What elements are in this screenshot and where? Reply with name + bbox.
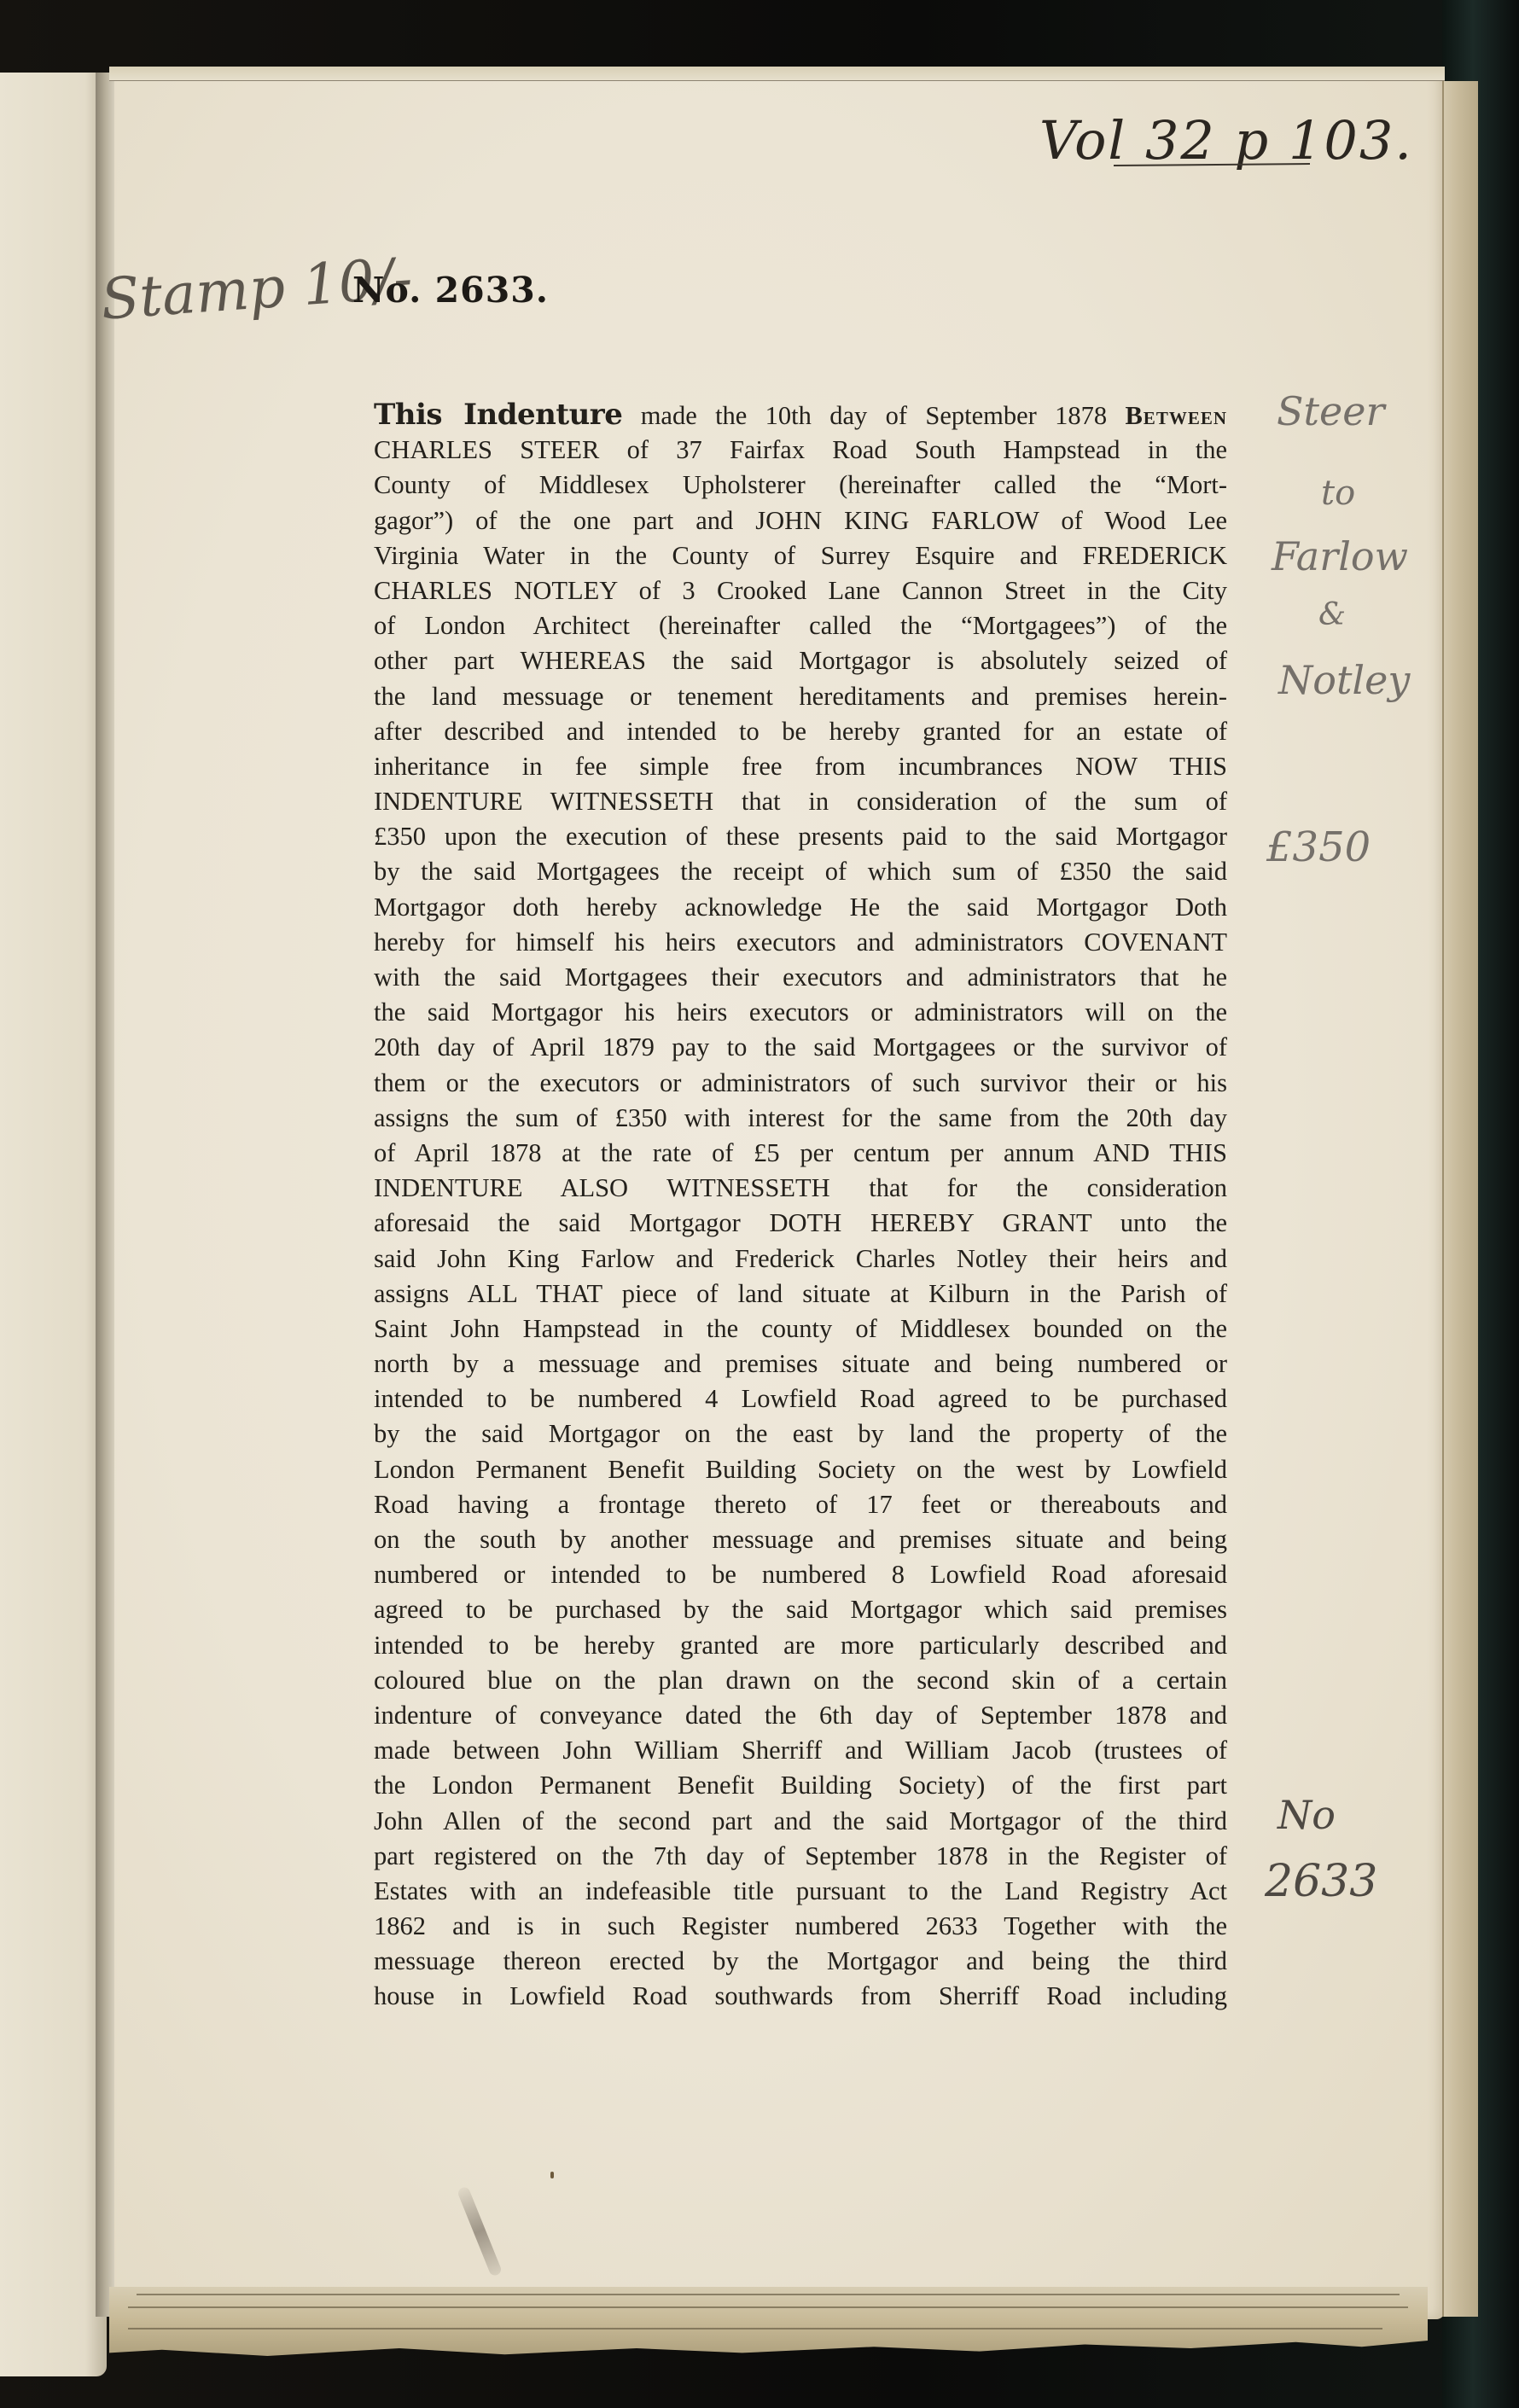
text-line: INDENTURE WITNESSETH that in considerati… (374, 784, 1227, 819)
page-edge-line (137, 2294, 1400, 2295)
ink-spot (550, 2172, 554, 2178)
text-line: Virginia Water in the County of Surrey E… (374, 538, 1227, 573)
text-line: them or the executors or administrators … (374, 1066, 1227, 1101)
text-line: £350 upon the execution of these present… (374, 819, 1227, 854)
text-line: with the said Mortgagees their executors… (374, 960, 1227, 995)
text-line: 1862 and is in such Register numbered 26… (374, 1909, 1227, 1944)
opening-blackletter: This Indenture (374, 398, 622, 432)
text-line: by the said Mortgagees the receipt of wh… (374, 854, 1227, 889)
text-line: London Permanent Benefit Building Societ… (374, 1452, 1227, 1487)
text-line: Estates with an indefeasible title pursu… (374, 1874, 1227, 1909)
text-line: assigns the sum of £350 with interest fo… (374, 1101, 1227, 1136)
page-gutter (96, 73, 114, 2317)
margin-note-mortgagee-1: Farlow (1272, 533, 1408, 579)
text-line: County of Middlesex Upholsterer (hereina… (374, 468, 1227, 503)
text-line: on the south by another messuage and pre… (374, 1522, 1227, 1557)
text-line: of London Architect (hereinafter called … (374, 608, 1227, 643)
page-top-edge (109, 67, 1445, 81)
margin-note-register-number: 2633 (1265, 1856, 1377, 1907)
text-line: John Allen of the second part and the sa… (374, 1804, 1227, 1839)
text-line: agreed to be purchased by the said Mortg… (374, 1592, 1227, 1627)
text-line: Road having a frontage thereto of 17 fee… (374, 1487, 1227, 1522)
text-line: indenture of conveyance dated the 6th da… (374, 1698, 1227, 1733)
indenture-body: This Indenture made the 10th day of Sept… (374, 398, 1227, 2015)
text-line: Saint John Hampstead in the county of Mi… (374, 1312, 1227, 1347)
text-line: other part WHEREAS the said Mortgagor is… (374, 643, 1227, 678)
margin-note-mortgagor: Steer (1277, 388, 1384, 434)
text-line: north by a messuage and premises situate… (374, 1347, 1227, 1381)
page-edge-line (128, 2328, 1382, 2329)
text-line: by the said Mortgagor on the east by lan… (374, 1416, 1227, 1451)
opening-text: made the 10th day of September 1878 (641, 401, 1107, 430)
text-line: coloured blue on the plan drawn on the s… (374, 1663, 1227, 1698)
text-line: made between John William Sherriff and W… (374, 1733, 1227, 1768)
margin-note-no-label: No (1277, 1792, 1336, 1838)
text-line: said John King Farlow and Frederick Char… (374, 1242, 1227, 1277)
text-line: 20th day of April 1879 pay to the said M… (374, 1030, 1227, 1065)
text-line: part registered on the 7th day of Septem… (374, 1839, 1227, 1874)
text-line: intended to be hereby granted are more p… (374, 1628, 1227, 1663)
text-line: messuage thereon erected by the Mortgago… (374, 1944, 1227, 1979)
text-line: the said Mortgagor his heirs executors o… (374, 995, 1227, 1030)
text-line: gagor”) of the one part and JOHN KING FA… (374, 503, 1227, 538)
margin-note-amount: £350 (1266, 823, 1371, 871)
page-edge-line (128, 2306, 1408, 2308)
text-line: the land messuage or tenement hereditame… (374, 679, 1227, 714)
text-line: INDENTURE ALSO WITNESSETH that for the c… (374, 1171, 1227, 1206)
margin-note-to: to (1321, 474, 1355, 513)
document-number: No. 2633. (352, 270, 549, 311)
text-line: CHARLES STEER of 37 Fairfax Road South H… (374, 433, 1227, 468)
margin-note-mortgagee-2: Notley (1278, 657, 1410, 703)
text-line: assigns ALL THAT piece of land situate a… (374, 1277, 1227, 1312)
text-line: inheritance in fee simple free from incu… (374, 749, 1227, 784)
opening-line: This Indenture made the 10th day of Sept… (374, 398, 1227, 433)
left-page-edge (0, 73, 107, 2376)
text-line: intended to be numbered 4 Lowfield Road … (374, 1381, 1227, 1416)
between-keyword: Between (1125, 401, 1227, 430)
volume-reference-annotation: Vol 32 p 103. (1039, 109, 1413, 172)
text-line: house in Lowfield Road southwards from S… (374, 1979, 1227, 2014)
page-right-edge (1442, 81, 1478, 2317)
text-line: aforesaid the said Mortgagor DOTH HEREBY… (374, 1206, 1227, 1241)
text-line: CHARLES NOTLEY of 3 Crooked Lane Cannon … (374, 573, 1227, 608)
text-line: hereby for himself his heirs executors a… (374, 925, 1227, 960)
text-line: Mortgagor doth hereby acknowledge He the… (374, 890, 1227, 925)
text-line: the London Permanent Benefit Building So… (374, 1768, 1227, 1803)
text-line: of April 1878 at the rate of £5 per cent… (374, 1136, 1227, 1171)
text-line: numbered or intended to be numbered 8 Lo… (374, 1557, 1227, 1592)
margin-note-ampersand: & (1318, 597, 1346, 632)
text-line: after described and intended to be hereb… (374, 714, 1227, 749)
